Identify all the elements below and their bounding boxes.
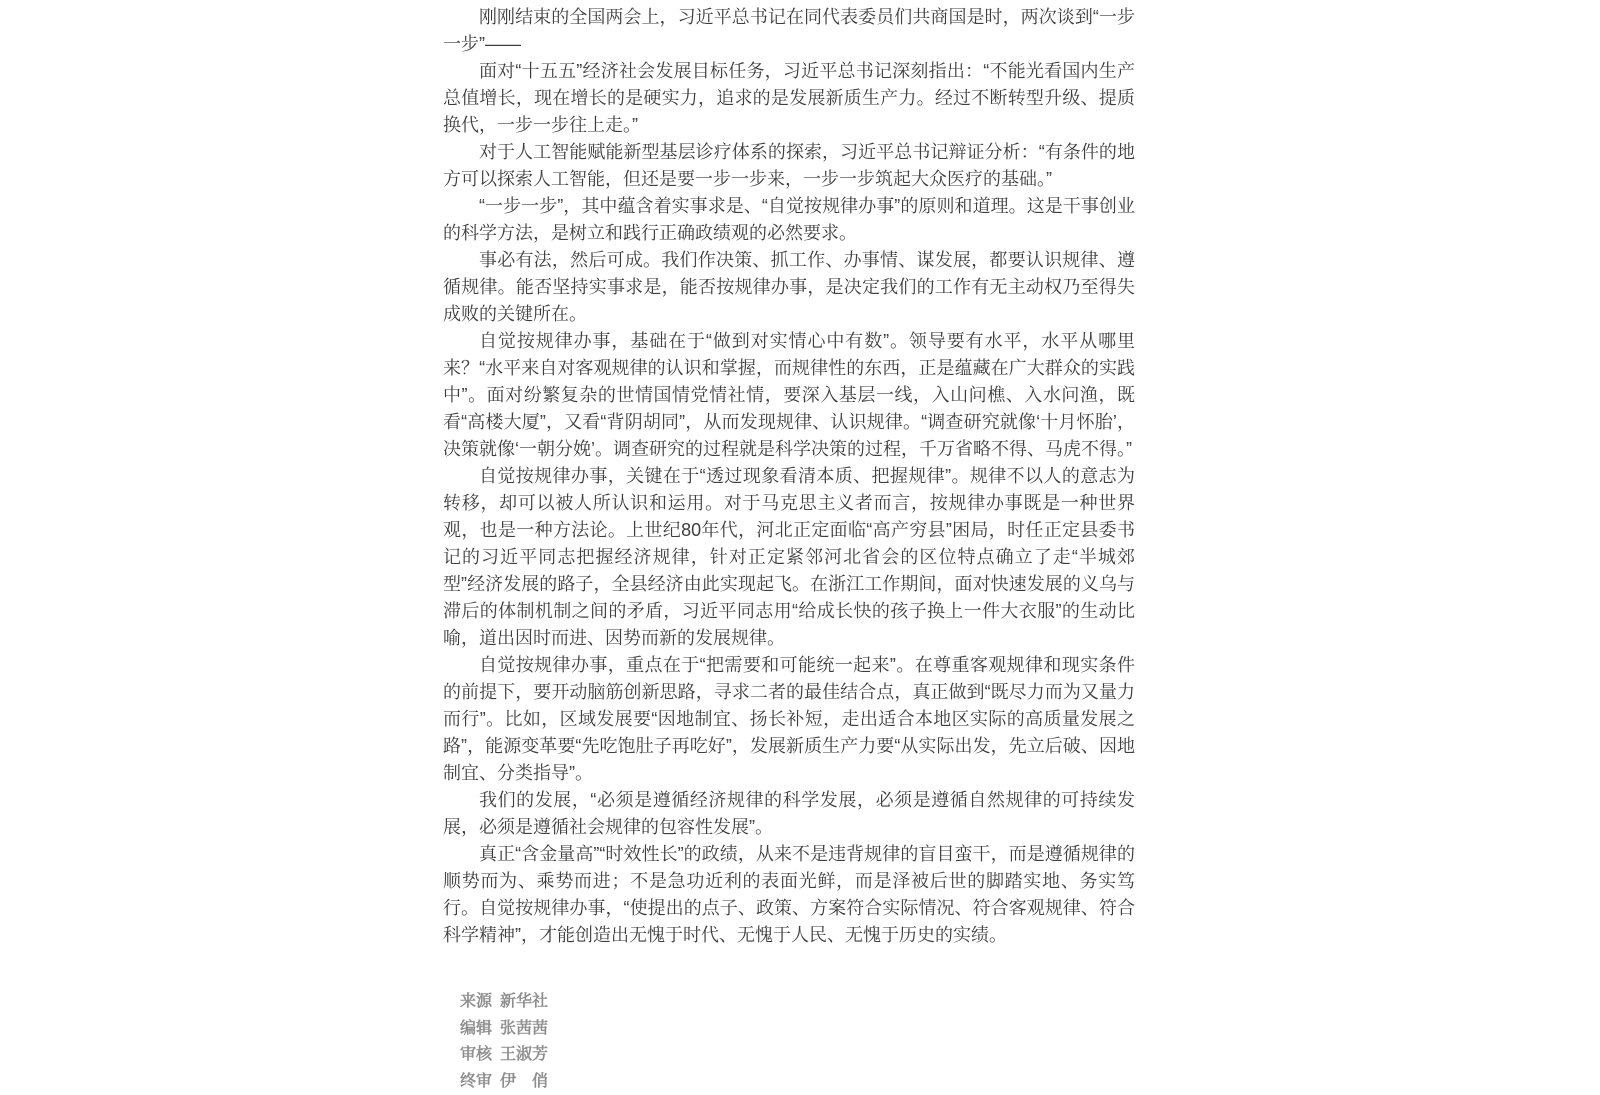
- credit-label: 来源: [460, 993, 492, 1010]
- credit-line: 终审伊 俏: [460, 1069, 548, 1095]
- paragraph: 刚刚结束的全国两会上，习近平总书记在同代表委员们共商国是时，两次谈到“一步一步”…: [443, 4, 1135, 58]
- credit-line: 审核王淑芳: [460, 1042, 548, 1069]
- paragraph: 真正“含金量高”“时效性长”的政绩，从来不是违背规律的盲目蛮干，而是遵循规律的顺…: [443, 841, 1135, 949]
- credit-label: 终审: [460, 1073, 492, 1090]
- credit-label: 编辑: [460, 1020, 492, 1037]
- paragraph: 我们的发展，“必须是遵循经济规律的科学发展，必须是遵循自然规律的可持续发展，必须…: [443, 787, 1135, 841]
- credit-value: 新华社: [500, 993, 548, 1010]
- credit-label: 审核: [460, 1046, 492, 1063]
- credit-value: 张茜茜: [500, 1020, 548, 1037]
- article-body: 刚刚结束的全国两会上，习近平总书记在同代表委员们共商国是时，两次谈到“一步一步”…: [443, 4, 1135, 949]
- paragraph: 事必有法，然后可成。我们作决策、抓工作、办事情、谋发展，都要认识规律、遵循规律。…: [443, 247, 1135, 328]
- credit-line: 编辑张茜茜: [460, 1016, 548, 1043]
- credit-value: 伊 俏: [500, 1073, 548, 1090]
- credit-line: 来源新华社: [460, 989, 548, 1016]
- paragraph: 对于人工智能赋能新型基层诊疗体系的探索，习近平总书记辩证分析：“有条件的地方可以…: [443, 139, 1135, 193]
- credit-value: 王淑芳: [500, 1046, 548, 1063]
- paragraph: 自觉按规律办事，关键在于“透过现象看清本质、把握规律”。规律不以人的意志为转移，…: [443, 463, 1135, 652]
- paragraph: 面对“十五五”经济社会发展目标任务，习近平总书记深刻指出：“不能光看国内生产总值…: [443, 58, 1135, 139]
- paragraph: 自觉按规律办事，基础在于“做到对实情心中有数”。领导要有水平，水平从哪里来？“水…: [443, 328, 1135, 463]
- paragraph: 自觉按规律办事，重点在于“把需要和可能统一起来”。在尊重客观规律和现实条件的前提…: [443, 652, 1135, 787]
- page: 刚刚结束的全国两会上，习近平总书记在同代表委员们共商国是时，两次谈到“一步一步”…: [0, 0, 1600, 1095]
- credits: 来源新华社编辑张茜茜审核王淑芳终审伊 俏: [460, 989, 548, 1095]
- paragraph: “一步一步”，其中蕴含着实事求是、“自觉按规律办事”的原则和道理。这是干事创业的…: [443, 193, 1135, 247]
